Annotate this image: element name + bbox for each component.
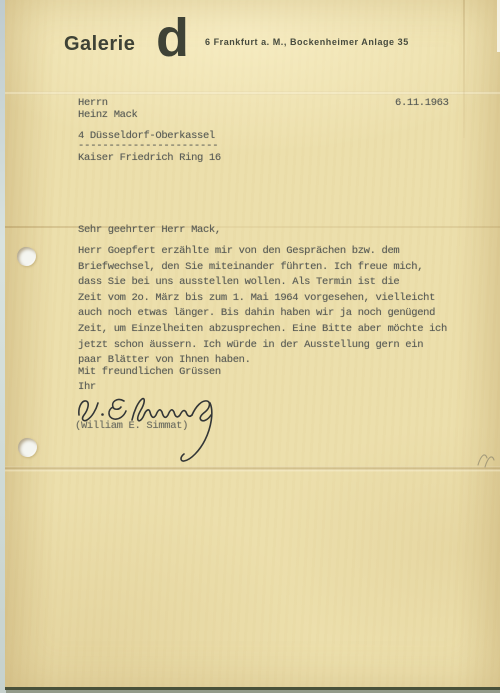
punch-hole-bottom — [18, 438, 37, 457]
letter-paper: Galerie d 6 Frankfurt a. M., Bockenheime… — [5, 0, 500, 688]
letterhead-address: 6 Frankfurt a. M., Bockenheimer Anlage 3… — [205, 37, 409, 48]
body-salutation: Sehr geehrter Herr Mack, — [78, 224, 221, 237]
paper-crease-vertical — [463, 0, 465, 138]
recipient-street-line: Kaiser Friedrich Ring 16 — [78, 152, 221, 165]
body-line: auch noch etwas länger. Bis dahin haben … — [78, 307, 435, 320]
body-line: Briefwechsel, den Sie miteinander führte… — [78, 261, 423, 274]
gallery-logo-name: Galerie — [64, 34, 135, 54]
body-line: dass Sie bei uns ausstellen wollen. Als … — [78, 276, 399, 289]
letter-scan: Galerie d 6 Frankfurt a. M., Bockenheime… — [0, 0, 500, 693]
typed-signature-name: (William E. Simmat) — [75, 420, 188, 433]
scanner-bottom-edge — [5, 687, 500, 690]
punch-hole-top — [17, 247, 36, 266]
pencil-mark — [475, 450, 497, 470]
letter-date: 6.11.1963 — [395, 97, 449, 110]
body-line: Zeit vom 2o. März bis zum 1. Mai 1964 vo… — [78, 292, 435, 305]
signoff-line: Ihr — [78, 381, 96, 394]
closing-line: Mit freundlichen Grüssen — [78, 366, 221, 379]
recipient-name: Heinz Mack — [78, 109, 138, 122]
body-line: jetzt schon äussern. Ich würde in der Au… — [78, 339, 423, 352]
gallery-logo-initial: d — [156, 11, 189, 65]
paper-crease-top — [5, 91, 500, 95]
body-line: Herr Goepfert erzählte mir von den Gespr… — [78, 245, 399, 258]
body-line: Zeit, um Einzelheiten abzusprechen. Eine… — [78, 323, 447, 336]
